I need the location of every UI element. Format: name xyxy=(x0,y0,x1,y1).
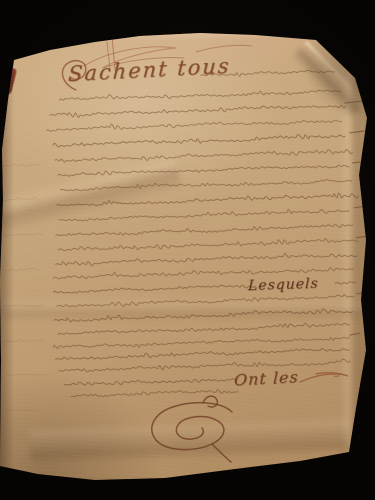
handwriting-line xyxy=(58,237,358,252)
photo-frame: Sachent tous Lesquels Ont les xyxy=(0,0,375,500)
heading-text: Sachent tous xyxy=(67,54,231,87)
handwriting-line xyxy=(56,223,353,237)
handwriting-line xyxy=(50,103,346,118)
swash-stroke xyxy=(300,373,348,382)
handwriting-line xyxy=(55,149,352,163)
handwriting-line xyxy=(56,347,350,361)
paraph-top-mark xyxy=(203,396,217,407)
handwriting-line xyxy=(59,87,340,102)
handwriting-line xyxy=(58,163,349,176)
handwriting-line xyxy=(335,281,355,284)
handwriting-line xyxy=(350,131,364,133)
parchment-edge-vignette xyxy=(0,0,375,500)
handwriting-line xyxy=(56,251,357,267)
closing-words-text: Ont les xyxy=(234,367,299,389)
handwriting-line xyxy=(57,294,354,308)
paraph-tail xyxy=(212,444,231,462)
handwriting-line xyxy=(7,408,41,411)
handwriting-line xyxy=(6,373,46,376)
flourish-wisp xyxy=(84,47,184,68)
crease-mid-horizontal xyxy=(0,295,375,321)
handwriting-line xyxy=(350,333,360,335)
signature-paraph xyxy=(152,396,232,462)
handwriting-line xyxy=(46,117,341,132)
handwriting-line xyxy=(2,233,43,236)
handwriting-line xyxy=(201,69,335,77)
handwriting-line xyxy=(54,284,256,294)
handwriting-line xyxy=(59,208,349,222)
handwriting-line xyxy=(5,339,43,342)
paraph-spiral xyxy=(152,403,232,450)
flourish-wisp xyxy=(196,45,252,52)
handwriting-line xyxy=(1,197,40,202)
closing-swash xyxy=(300,373,348,382)
crease-left-diagonal xyxy=(0,128,187,252)
handwriting-line xyxy=(59,359,350,373)
handwriting-line xyxy=(3,268,39,272)
initial-loop xyxy=(62,61,85,90)
handwriting-svg xyxy=(0,0,375,500)
handwriting-line xyxy=(53,336,350,350)
pen-trial-stroke xyxy=(112,36,115,70)
handwriting-line xyxy=(54,307,352,322)
photo-grain-overlay xyxy=(0,0,375,500)
handwriting-line xyxy=(334,376,339,377)
handwriting-line xyxy=(53,133,345,148)
crease-bottom xyxy=(30,419,351,464)
handwriting-line xyxy=(4,304,44,308)
pen-trial-stroke xyxy=(107,42,110,68)
handwriting-line xyxy=(60,177,352,191)
parchment-sheet: Sachent tous Lesquels Ont les xyxy=(0,0,375,500)
handwriting-line xyxy=(53,265,354,281)
handwriting-line xyxy=(0,163,40,167)
handwriting-line xyxy=(71,389,238,398)
handwriting-lines-group xyxy=(0,68,375,411)
emphasis-word-text: Lesquels xyxy=(248,276,319,294)
handwriting-line xyxy=(58,322,350,336)
handwriting-line xyxy=(345,101,362,103)
handwriting-line xyxy=(57,193,359,208)
initial-letter-flourish xyxy=(62,61,85,90)
pen-flourish-top-left xyxy=(84,36,252,70)
handwriting-line xyxy=(64,377,236,386)
